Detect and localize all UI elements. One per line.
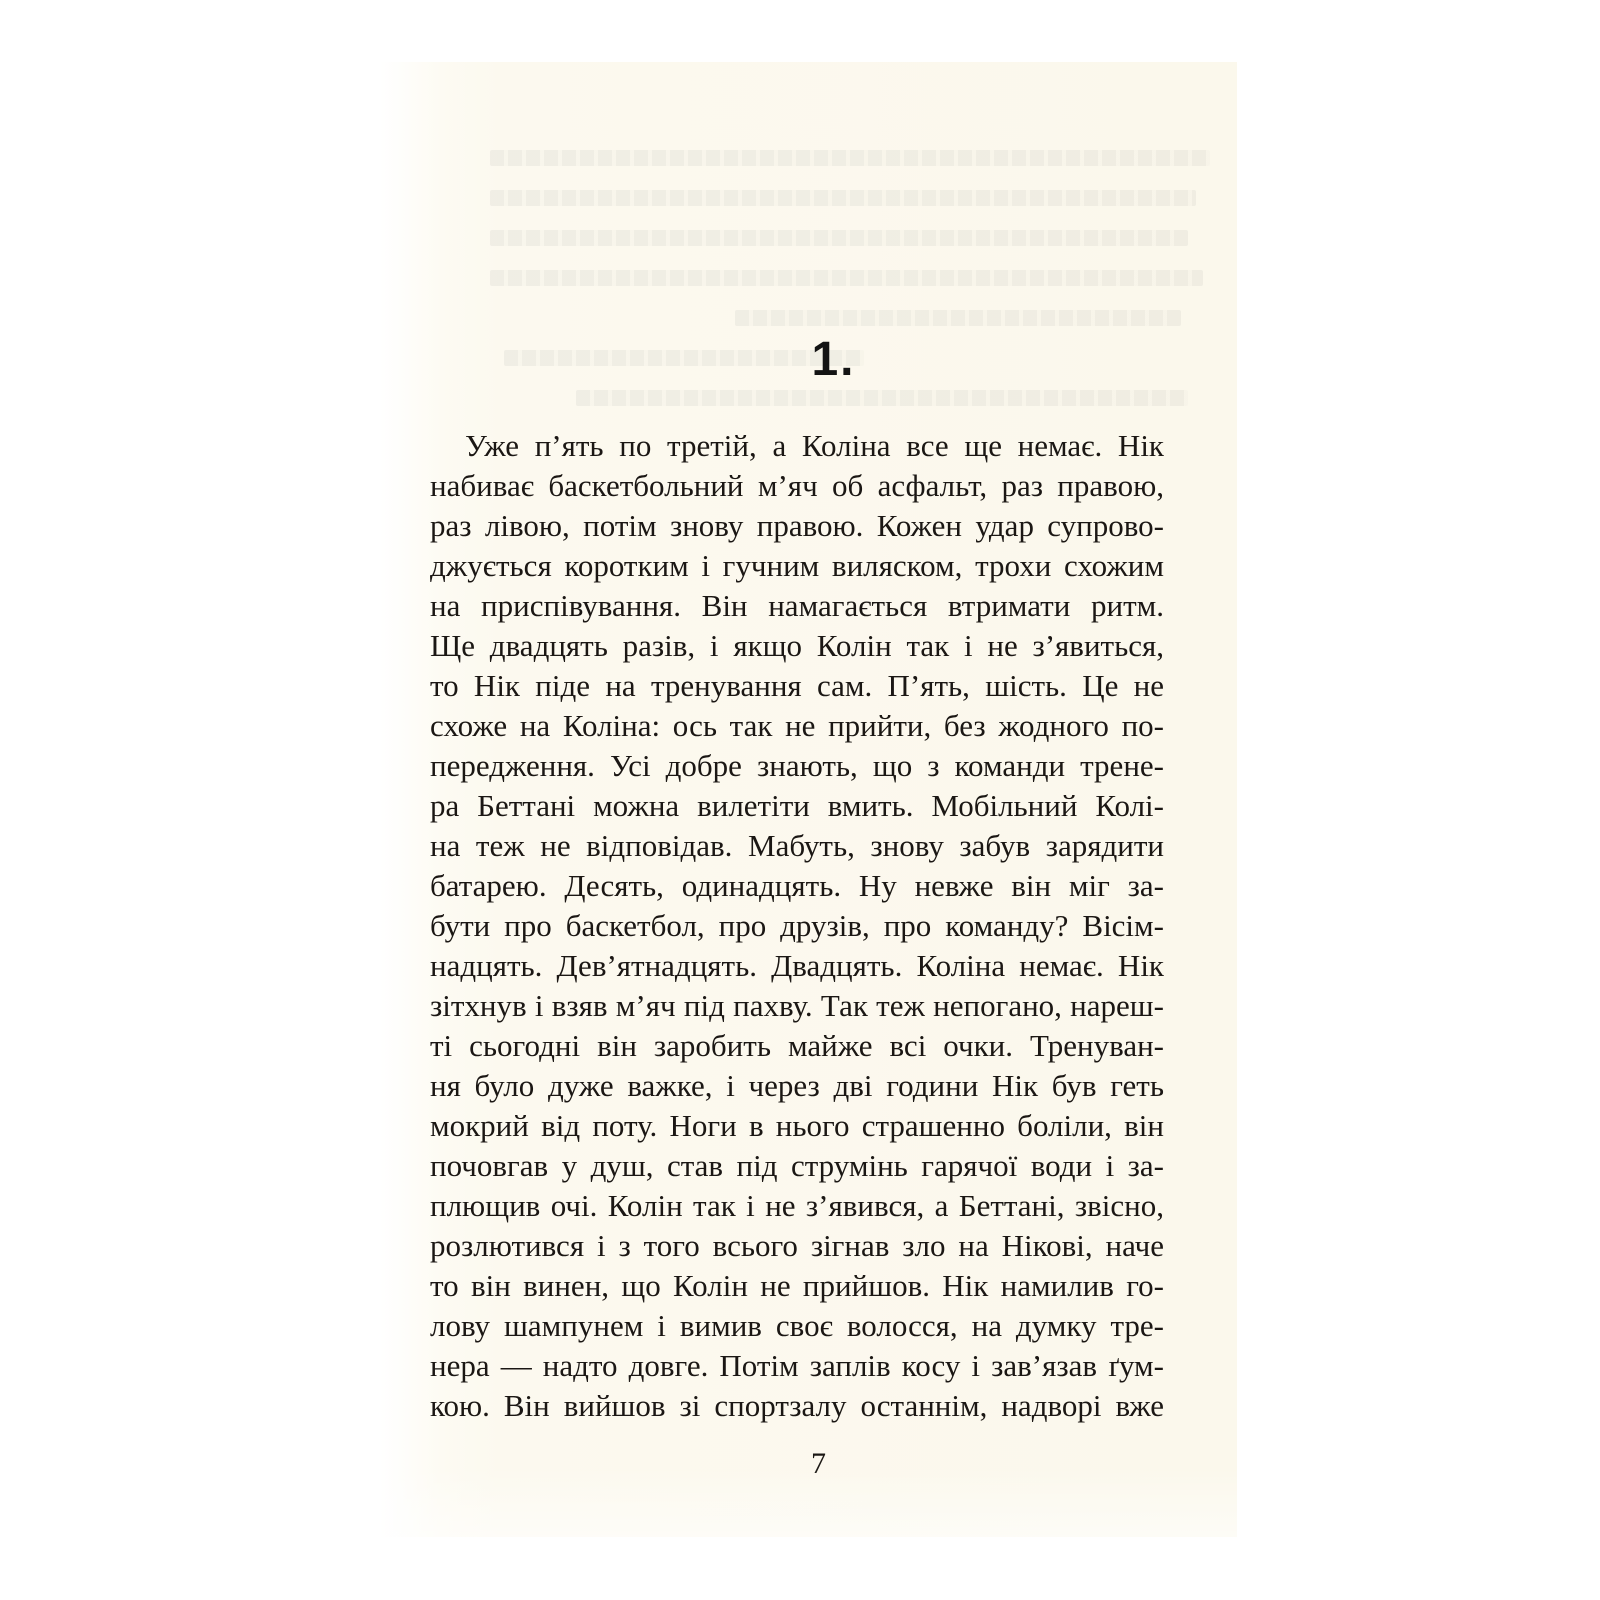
text-line: нера — надто довге. Потім заплів косу і … xyxy=(430,1346,1164,1386)
text-line: джується коротким і гучним виляском, тро… xyxy=(430,546,1164,586)
text-line: ня було дуже важке, і через дві години Н… xyxy=(430,1066,1164,1106)
text-line: лову шампунем і вимив своє волосся, на д… xyxy=(430,1306,1164,1346)
text-line: почовгав у душ, став під струмінь гарячо… xyxy=(430,1146,1164,1186)
text-line: на приспівування. Він намагається втрима… xyxy=(430,586,1164,626)
text-line: надцять. Дев’ятнадцять. Двадцять. Коліна… xyxy=(430,946,1164,986)
text-line: ті сьогодні він заробить майже всі очки.… xyxy=(430,1026,1164,1066)
text-line: схоже на Коліна: ось так не прийти, без … xyxy=(430,706,1164,746)
text-line: передження. Усі добре знають, що з коман… xyxy=(430,746,1164,786)
text-line: то він винен, що Колін не прийшов. Нік н… xyxy=(430,1266,1164,1306)
text-line: бути про баскетбол, про друзів, про кома… xyxy=(430,906,1164,946)
bleed-through-text xyxy=(490,150,1210,430)
text-line: плющив очі. Колін так і не з’явився, а Б… xyxy=(430,1186,1164,1226)
text-line: зітхнув і взяв м’яч під пахву. Так теж н… xyxy=(430,986,1164,1026)
text-line: раз лівою, потім знову правою. Кожен уда… xyxy=(430,506,1164,546)
text-line: кою. Він вийшов зі спортзалу останнім, н… xyxy=(430,1386,1164,1426)
text-line: мокрий від поту. Ноги в нього страшенно … xyxy=(430,1106,1164,1146)
text-line: то Нік піде на тренування сам. П’ять, ші… xyxy=(430,666,1164,706)
text-line: Уже п’ять по третій, а Коліна все ще нем… xyxy=(430,426,1164,466)
text-line: ра Беттані можна вилетіти вмить. Мобільн… xyxy=(430,786,1164,826)
text-line: набиває баскетбольний м’яч об асфальт, р… xyxy=(430,466,1164,506)
chapter-heading: 1. xyxy=(380,332,1237,388)
body-paragraph: Уже п’ять по третій, а Коліна все ще нем… xyxy=(430,426,1164,1426)
text-line: на теж не відповідав. Мабуть, знову забу… xyxy=(430,826,1164,866)
text-line: Ще двадцять разів, і якщо Колін так і не… xyxy=(430,626,1164,666)
book-page: 1. Уже п’ять по третій, а Коліна все ще … xyxy=(380,62,1237,1537)
page-number: 7 xyxy=(380,1444,1237,1484)
text-line: розлютився і з того всього зігнав зло на… xyxy=(430,1226,1164,1266)
text-line: батарею. Десять, одинадцять. Ну невже ві… xyxy=(430,866,1164,906)
